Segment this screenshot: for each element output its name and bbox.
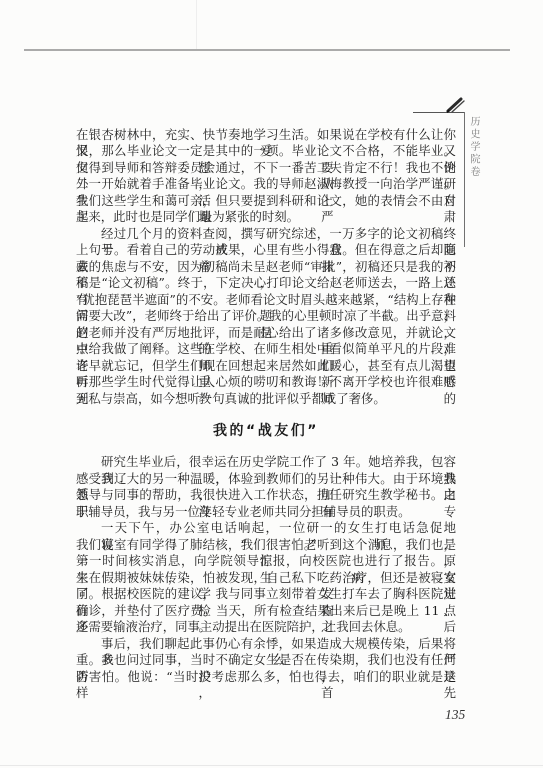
section-heading-block: 我的“战友们”	[76, 407, 456, 454]
paragraph: 经过几个月的资料查阅，撰写研究综述，一万多字的论文初稿终于被我画 上句号。看着自…	[76, 226, 456, 408]
text-line: 我们寝室有同学得了肺结核，我们很害怕。”听到这个消息，我们也是一惊，	[76, 537, 456, 554]
text-line: 需要大改”，老师终于给出了评价。我的心里顿时凉了半截。出乎意料的是，	[76, 308, 456, 325]
text-line: 研究生毕业后，很幸运在历史学院工作了 3 年。她培养我，包容我，让我	[76, 454, 456, 471]
text-line: 经过几个月的资料查阅，撰写研究综述，一万多字的论文初稿终于被我画	[76, 226, 456, 243]
text-line: 生在假期被妹妹传染，怕被发现，自己私下吃药治疗，但还是被寝室同学发觉	[76, 570, 456, 587]
text-line: 点给我做了阐释。这些在学校、在师生相处中看似简单平凡的片段，老师们也	[76, 341, 456, 358]
volume-side-label: 历史学院卷	[466, 116, 481, 179]
text-line: 了。根据校医院的建议，我与同事立刻带着女生打车去了胸科医院进行检查、	[76, 586, 456, 603]
text-line: 听那些学生时代觉得让人心烦的唠叨和教诲！不离开学校也许很难感到教师的	[76, 374, 456, 391]
text-line: 还需要输液治疗，同事主动提出在医院陪护，让我回去休息。	[76, 619, 456, 636]
paragraph: 一天下午，办公室电话响起，一位研一的女生打电话急促地说：“老师， 我们寝室有同学…	[76, 520, 456, 636]
text-line: 在银杏树林中，充实、快节奏地学习生活。如果说在学校有什么让你又爱又	[76, 127, 456, 144]
text-line: 二一开始就着手准备毕业论文。我的导师赵淑梅教授一向治学严谨。生活上对	[76, 176, 456, 193]
book-page: 历史学院卷 在银杏树林中，充实、快节奏地学习生活。如果说在学校有什么让你又爱又 …	[0, 0, 543, 768]
text-line: 赵老师并没有严厉地批评，而是耐心给出了诸多修改意见，并就论文中的重难	[76, 325, 456, 342]
text-line: 一天下午，办公室电话响起，一位研一的女生打电话急促地说：“老师，	[76, 520, 456, 537]
pen-icon	[445, 95, 465, 113]
scan-gutter-shadow	[196, 0, 197, 49]
text-line: 许早就忘记，但学生们现在回想起来居然如此暖心，甚至有点儿渴望再重新听	[76, 358, 456, 375]
text-line: 恨，那么毕业论文一定是其中的一项。毕业论文不合格，不能毕业。但想要论	[76, 143, 456, 160]
text-line: 领导与同事的帮助，我很快进入工作状态，担任研究生教学秘书。由于没有专	[76, 487, 456, 504]
text-line: 重。我也问过同事，当时不确定女生是否在传染期，我们也没有任何防护，是	[76, 652, 456, 669]
page-number: 135	[445, 707, 465, 723]
text-line: “犹抱琵琶半遮面”的不安。老师看论文时眉头越来越紧，“结构上存在问题，	[76, 292, 456, 309]
text-line: 职辅导员，我与另一位年轻专业老师共同分担辅导员的职责。	[76, 504, 456, 521]
text-line: 上句号。看着自己的劳动成果，心里有些小得意。但在得意之后却隐藏着抹不	[76, 242, 456, 259]
paragraph: 研究生毕业后，很幸运在历史学院工作了 3 年。她培养我，包容我，让我 感受到辽大…	[76, 454, 456, 520]
text-line: 我们这些学生和蔼可亲，但只要提到科研和论文，她的表情会不由自主地严肃	[76, 193, 456, 210]
header-rule	[24, 49, 510, 51]
section-heading: 我的“战友们”	[213, 423, 319, 440]
text-line: 第一时间核实消息，向学院领导汇报，向校医院也进行了报告。原来，生病女	[76, 553, 456, 570]
text-line: 确诊，并垫付了医疗费。当天，所有检查结果出来后已是晚上 11 点多。之后	[76, 603, 456, 620]
text-line: 去的焦虑与不安，因为初稿尚未呈赵老师“审批”，初稿还只是我的初稿，还	[76, 259, 456, 276]
text-line: 否害怕。他说：“当时没考虑那么多，怕也得去，咱们的职业就是这样，首先	[76, 669, 456, 686]
paragraph: 在银杏树林中，充实、快节奏地学习生活。如果说在学校有什么让你又爱又 恨，那么毕业…	[76, 127, 456, 226]
text-line: 文得到导师和答辩委员会通过，不下一番苦工夫肯定不行！我也不例外，从研	[76, 160, 456, 177]
paragraph: 事后，我们聊起此事仍心有余悸，如果造成大规模传染，后果将多么严 重。我也问过同事…	[76, 636, 456, 686]
text-line: 事后，我们聊起此事仍心有余悸，如果造成大规模传染，后果将多么严	[76, 636, 456, 653]
article-body: 在银杏树林中，充实、快节奏地学习生活。如果说在学校有什么让你又爱又 恨，那么毕业…	[76, 127, 456, 686]
corner-bracket-vertical	[464, 112, 465, 247]
scan-bottom-edge	[0, 765, 543, 766]
text-line: 不是“论文初稿”。终于，下定决心打印论文给赵老师送去，一路上总有种	[76, 275, 456, 292]
text-line: 感受到辽大的另一种温暖，体验到教师们的另一种伟大。由于环境熟悉，加之	[76, 471, 456, 488]
